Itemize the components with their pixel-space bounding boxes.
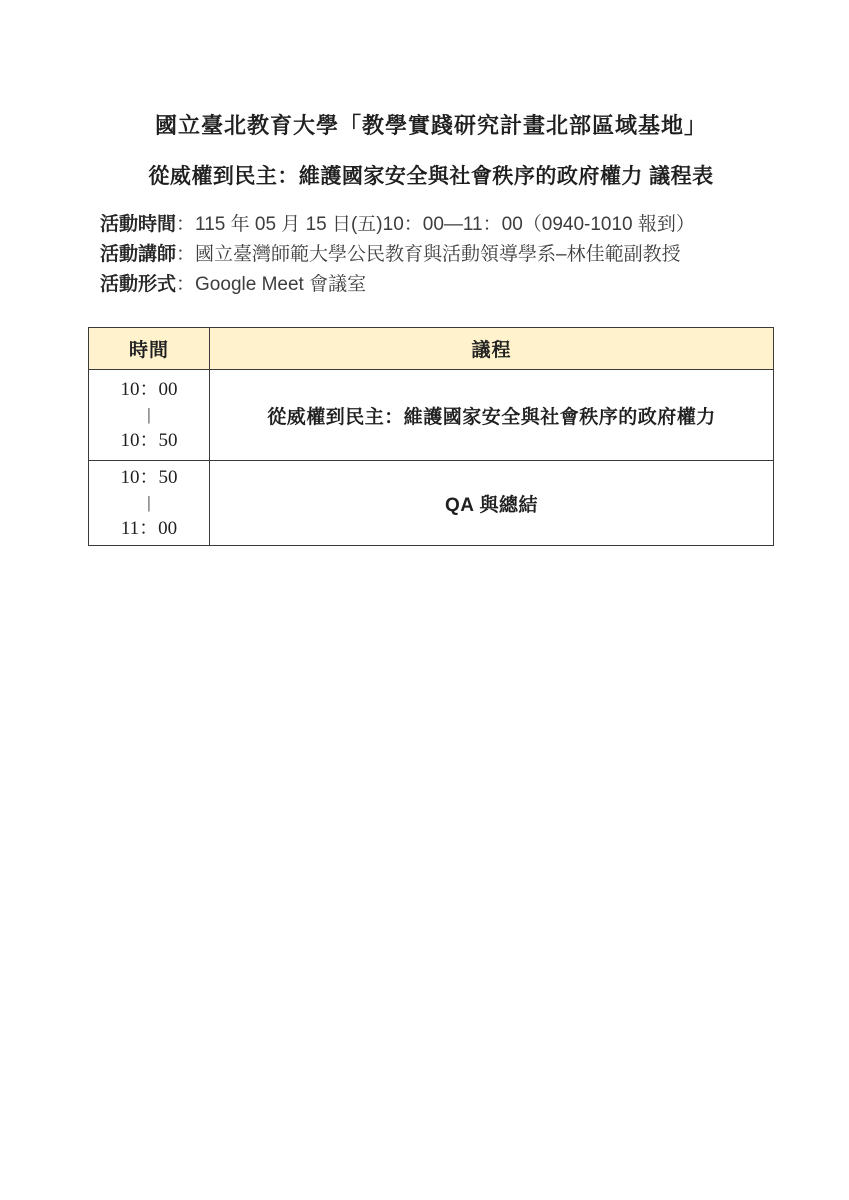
time-range-separator: | [89,403,209,427]
agenda-text: 從威權到民主：維護國家安全與社會秩序的政府權力 [267,407,716,428]
document-content: 國立臺北教育大學「教學實踐研究計畫北部區域基地」 從威權到民主：維護國家安全與社… [88,0,774,546]
header-cell-agenda: 議程 [210,328,774,370]
info-label-format: 活動形式 [100,274,176,295]
info-value-time: 115 年 05 月 15 日(五)10：00—11：00（0940-1010 … [195,214,695,235]
document-page: 國立臺北教育大學「教學實踐研究計畫北部區域基地」 從威權到民主：維護國家安全與社… [0,0,849,1200]
info-label-speaker: 活動講師 [100,244,176,265]
info-value-format: Google Meet 會議室 [195,274,366,295]
time-end: 10：50 [89,427,209,454]
agenda-table-header-row: 時間 議程 [89,328,774,370]
event-info-block: 活動時間：115 年 05 月 15 日(五)10：00—11：00（0940-… [88,210,774,300]
time-range-separator: | [89,491,209,515]
agenda-table-row: 10：00 | 10：50 從威權到民主：維護國家安全與社會秩序的政府權力 [89,370,774,461]
info-colon: ： [176,274,195,295]
agenda-cell: QA 與總結 [210,461,774,546]
agenda-text: QA 與總結 [445,495,538,516]
info-label-time: 活動時間 [100,214,176,235]
document-title: 國立臺北教育大學「教學實踐研究計畫北部區域基地」 [88,112,774,140]
info-line-format: 活動形式：Google Meet 會議室 [100,270,774,300]
info-line-speaker: 活動講師：國立臺灣師範大學公民教育與活動領導學系–林佳範副教授 [100,240,774,270]
time-cell: 10：00 | 10：50 [89,370,210,461]
info-colon: ： [176,244,195,265]
agenda-table-row: 10：50 | 11：00 QA 與總結 [89,461,774,546]
agenda-table: 時間 議程 10：00 | 10：50 從威權到民主：維護國家安全與社會秩序的政… [88,327,774,546]
info-colon: ： [176,214,195,235]
time-cell: 10：50 | 11：00 [89,461,210,546]
agenda-cell: 從威權到民主：維護國家安全與社會秩序的政府權力 [210,370,774,461]
time-end: 11：00 [89,515,209,542]
document-subtitle: 從威權到民主：維護國家安全與社會秩序的政府權力 議程表 [88,164,774,190]
time-start: 10：00 [89,376,209,403]
time-start: 10：50 [89,464,209,491]
info-value-speaker: 國立臺灣師範大學公民教育與活動領導學系–林佳範副教授 [195,244,681,265]
header-cell-time: 時間 [89,328,210,370]
info-line-time: 活動時間：115 年 05 月 15 日(五)10：00—11：00（0940-… [100,210,774,240]
